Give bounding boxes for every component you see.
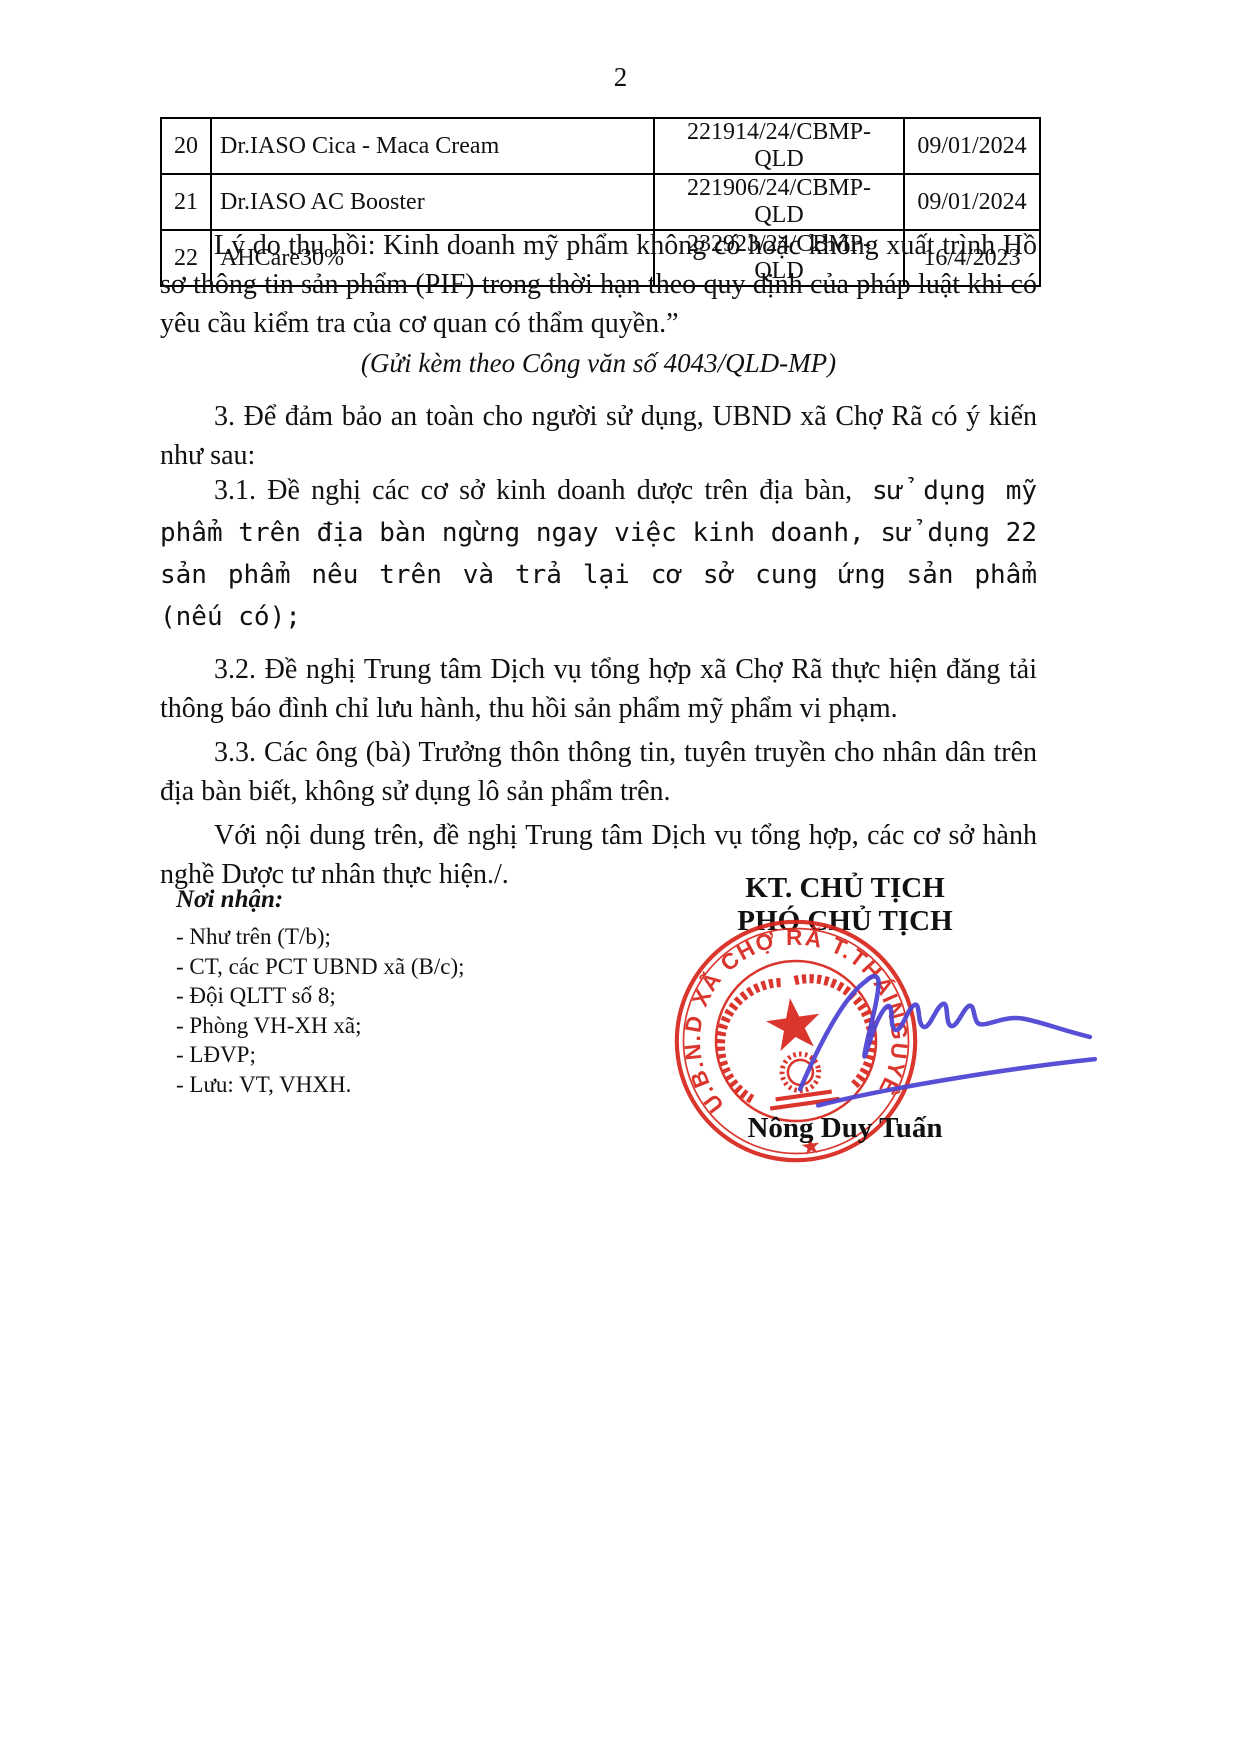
table-cell-no: 21 — [161, 174, 211, 230]
recipients-list: - Như trên (T/b); - CT, các PCT UBND xã … — [176, 922, 465, 1099]
recipient-item: - Lưu: VT, VHXH. — [176, 1070, 465, 1100]
paragraph-attachment-note: (Gửi kèm theo Công văn số 4043/QLD-MP) — [160, 344, 1037, 383]
document-page: 2 20 Dr.IASO Cica - Maca Cream 221914/24… — [0, 0, 1241, 1755]
table-cell-date: 09/01/2024 — [904, 118, 1040, 174]
paragraph-section-3-2: 3.2. Đề nghị Trung tâm Dịch vụ tổng hợp … — [160, 650, 1037, 728]
paragraph-section-3-1: 3.1. Đề nghị các cơ sở kinh doanh dược t… — [160, 470, 1037, 638]
table-cell-code: 221914/24/CBMP-QLD — [654, 118, 904, 174]
table-cell-code: 221906/24/CBMP-QLD — [654, 174, 904, 230]
signature-icon — [788, 966, 1120, 1118]
paragraph-recall-reason: Lý do thu hồi: Kinh doanh mỹ phẩm không … — [160, 226, 1037, 343]
signer-name: Nông Duy Tuấn — [640, 1112, 1050, 1145]
recipient-item: - Đội QLTT số 8; — [176, 981, 465, 1011]
page-number: 2 — [0, 62, 1241, 93]
handwritten-signature — [788, 966, 1120, 1118]
table-row: 21 Dr.IASO AC Booster 221906/24/CBMP-QLD… — [161, 174, 1040, 230]
signature-title-line1: KT. CHỦ TỊCH — [640, 872, 1050, 905]
table-cell-date: 09/01/2024 — [904, 174, 1040, 230]
recipient-item: - Như trên (T/b); — [176, 922, 465, 952]
paragraph-section-3: 3. Để đảm bảo an toàn cho người sử dụng,… — [160, 397, 1037, 475]
table-cell-no: 20 — [161, 118, 211, 174]
recipient-item: - CT, các PCT UBND xã (B/c); — [176, 952, 465, 982]
recipient-item: - Phòng VH-XH xã; — [176, 1011, 465, 1041]
section-3-1-serif-part: 3.1. Đề nghị các cơ sở kinh doanh dược t… — [214, 475, 852, 506]
paragraph-section-3-3: 3.3. Các ông (bà) Trưởng thôn thông tin,… — [160, 733, 1037, 811]
recipient-item: - LĐVP; — [176, 1040, 465, 1070]
table-cell-name: Dr.IASO Cica - Maca Cream — [211, 118, 654, 174]
recipients-label: Nơi nhận: — [176, 886, 283, 914]
table-cell-name: Dr.IASO AC Booster — [211, 174, 654, 230]
table-row: 20 Dr.IASO Cica - Maca Cream 221914/24/C… — [161, 118, 1040, 174]
